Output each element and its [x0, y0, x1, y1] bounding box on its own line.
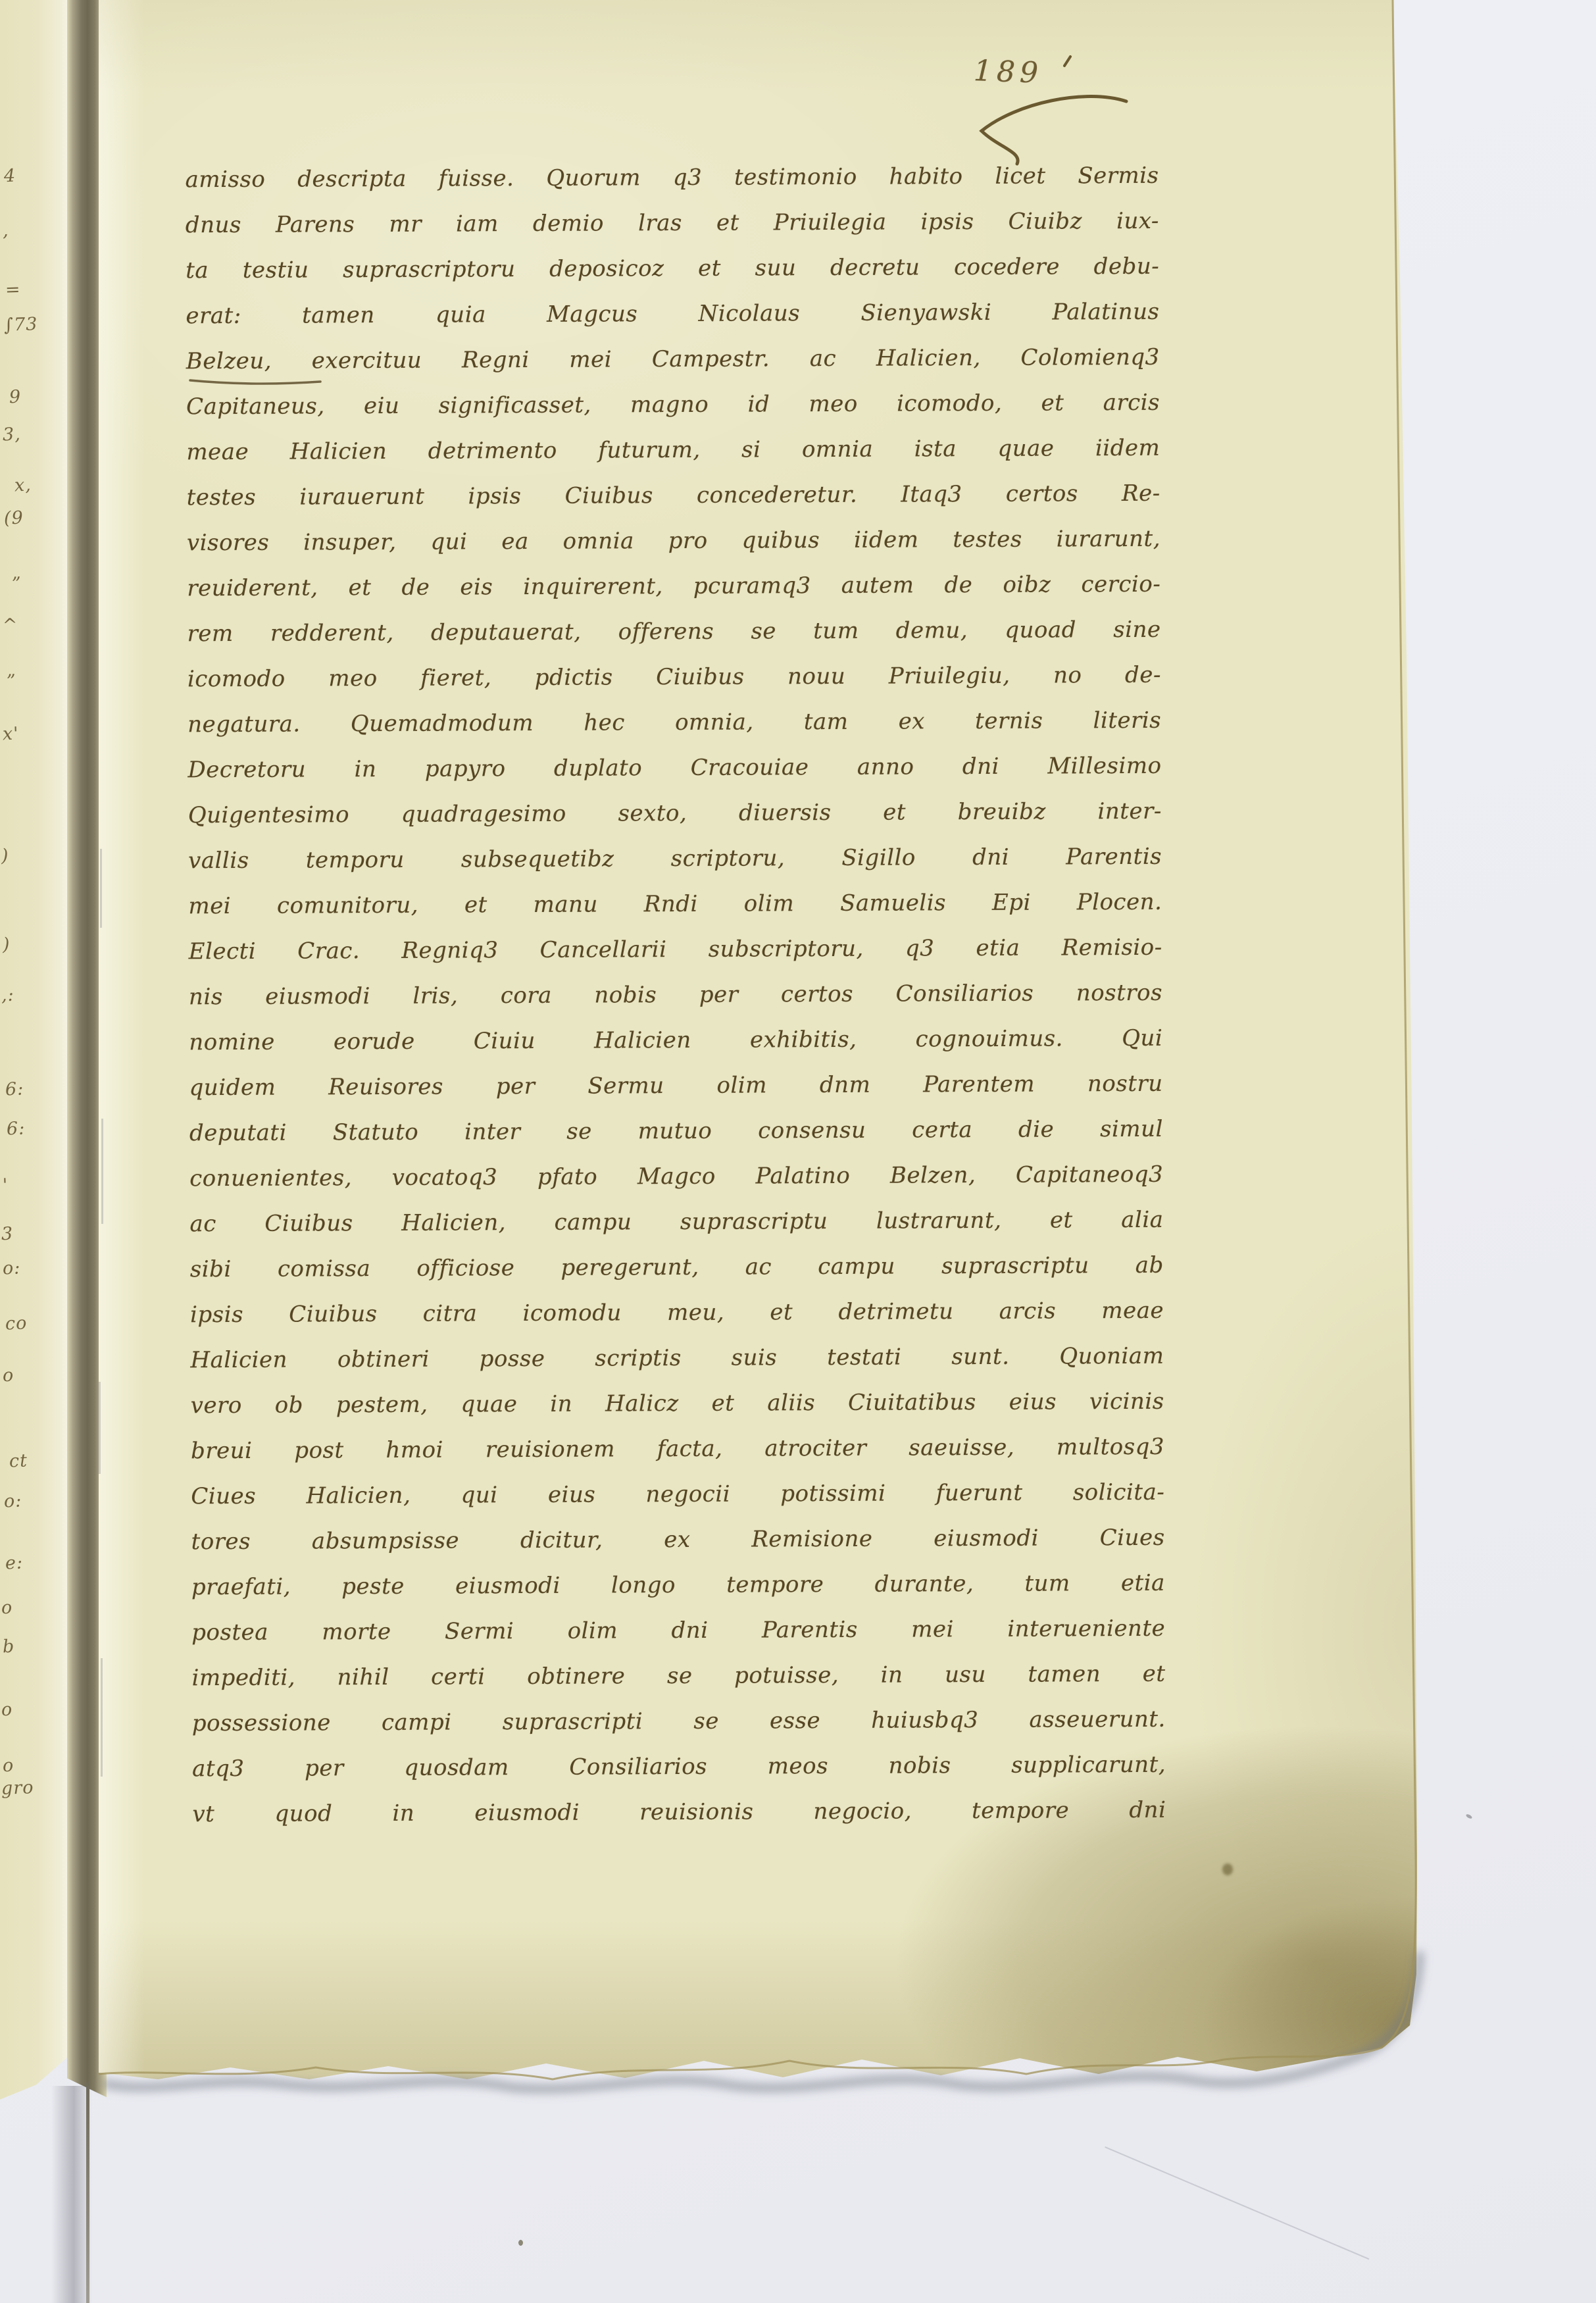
- margin-fragment: o: [2, 1365, 14, 1386]
- gutter-streak: [99, 1382, 101, 1474]
- manuscript-line: vt quod in eiusmodi reuisionis negocio, …: [192, 1788, 1166, 1837]
- page-number: 189: [973, 54, 1043, 90]
- manuscript-line: icomodo meo fieret, pdictis Ciuibus nouu…: [187, 653, 1161, 702]
- manuscript-line: ipsis Ciuibus citra icomodu meu, et detr…: [190, 1288, 1164, 1338]
- manuscript-line: ta testiu suprascriptoru deposicoz et su…: [186, 244, 1159, 293]
- margin-fragment: =: [5, 280, 21, 301]
- manuscript-line: erat: tamen quia Magcus Nicolaus Sienyaw…: [186, 290, 1159, 339]
- margin-fragment: o: [2, 1756, 14, 1777]
- manuscript-line: Ciues Halicien, qui eius negocii potissi…: [191, 1470, 1164, 1519]
- manuscript-line: tores absumpsisse dicitur, ex Remisione …: [191, 1515, 1164, 1565]
- margin-fragment: o:: [3, 1491, 22, 1512]
- manuscript-line: breui post hmoi reuisionem facta, atroci…: [191, 1425, 1164, 1474]
- manuscript-line: negatura. Quemadmodum hec omnia, tam ex …: [187, 698, 1161, 747]
- margin-fragment: 3: [1, 1224, 13, 1245]
- manuscript-line: praefati, peste eiusmodi longo tempore d…: [191, 1561, 1165, 1610]
- margin-fragment: co: [5, 1313, 27, 1334]
- margin-fragment: 3,: [2, 424, 21, 445]
- margin-fragment: ): [1, 846, 9, 866]
- margin-fragment: ”: [11, 574, 22, 594]
- backing-crease: [1105, 2146, 1369, 2260]
- manuscript-line: Belzeu, exercituu Regni mei Campestr. ac…: [186, 335, 1160, 384]
- margin-fragment: o: [1, 1598, 12, 1619]
- manuscript-line: Electi Crac. Regniq3 Cancellarii subscri…: [189, 925, 1162, 974]
- margin-fragment: e:: [5, 1553, 23, 1574]
- manuscript-line: testes iurauerunt ipsis Ciuibus conceder…: [187, 471, 1160, 520]
- margin-fragment: x': [2, 724, 19, 745]
- margin-fragment: ”: [6, 671, 16, 692]
- gutter-streak: [100, 849, 102, 928]
- manuscript-line: nomine eorude Ciuiu Halicien exhibitis, …: [189, 1016, 1162, 1065]
- margin-fragment: 6:: [6, 1119, 25, 1140]
- manuscript-line: nis eiusmodi lris, cora nobis per certos…: [189, 971, 1162, 1020]
- manuscript-line: meae Halicien detrimento futurum, si omn…: [186, 426, 1160, 475]
- manuscript-line: possessione campi suprascripti se esse h…: [192, 1697, 1166, 1746]
- manuscript-line: rem redderent, deputauerat, offerens se …: [187, 607, 1160, 657]
- gutter-streak: [101, 1658, 103, 1777]
- manuscript-line: impediti, nihil certi obtinere se potuis…: [191, 1652, 1165, 1701]
- manuscript-line: mei comunitoru, et manu Rndi olim Samuel…: [188, 880, 1162, 929]
- margin-fragment: ): [2, 934, 11, 955]
- manuscript-line: postea morte Sermi olim dni Parentis mei…: [191, 1606, 1165, 1656]
- margin-fragment: ^: [2, 615, 18, 636]
- manuscript-line: dnus Parens mr iam demio lras et Priuile…: [186, 199, 1159, 248]
- margin-fragment: 6:: [5, 1079, 24, 1100]
- manuscript-text: amisso descripta fuisse. Quorum q3 testi…: [185, 153, 1166, 1837]
- margin-fragment: 4: [3, 166, 16, 187]
- manuscript-line: vallis temporu subsequetibz scriptoru, S…: [188, 834, 1162, 884]
- dust-speck: [518, 2240, 523, 2246]
- manuscript-line: Decretoru in papyro duplato Cracouiae an…: [187, 744, 1161, 793]
- dust-speck: [1465, 1813, 1472, 1819]
- manuscript-line: vero ob pestem, quae in Halicz et aliis …: [191, 1379, 1164, 1429]
- manuscript-line: ac Ciuibus Halicien, campu suprascriptu …: [189, 1198, 1163, 1247]
- gutter-shadow: [51, 2086, 92, 2303]
- margin-fragments: 4,=∫7393,x,(9”^”x')),:6:6:'3o:coocto:e:o…: [0, 0, 66, 2106]
- manuscript-line: Halicien obtineri posse scriptis suis te…: [190, 1334, 1164, 1383]
- manuscript-line: atq3 per quosdam Consiliarios meos nobis…: [192, 1742, 1166, 1792]
- margin-fragment: ct: [9, 1451, 28, 1472]
- margin-fragment: (9: [3, 507, 24, 528]
- manuscript-line: visores insuper, qui ea omnia pro quibus…: [187, 517, 1160, 566]
- gutter-streak: [101, 1119, 103, 1224]
- margin-fragment: b: [2, 1636, 14, 1658]
- ink-stain-spot: [1222, 1863, 1233, 1875]
- margin-fragment: ∫73: [3, 314, 37, 336]
- manuscript-scan: 4,=∫7393,x,(9”^”x')),:6:6:'3o:coocto:e:o…: [0, 0, 1596, 2303]
- manuscript-line: reuiderent, et de eis inquirerent, pcura…: [187, 562, 1160, 611]
- manuscript-line: sibi comissa officiose peregerunt, ac ca…: [190, 1243, 1164, 1292]
- margin-fragment: ,:: [1, 985, 14, 1006]
- margin-fragment: x,: [14, 475, 32, 496]
- margin-fragment: gro: [1, 1777, 34, 1799]
- margin-fragment: 9: [9, 387, 21, 408]
- manuscript-line: deputati Statuto inter se mutuo consensu…: [189, 1107, 1163, 1156]
- manuscript-line: Quigentesimo quadragesimo sexto, diuersi…: [188, 789, 1162, 838]
- manuscript-line: quidem Reuisores per Sermu olim dnm Pare…: [189, 1061, 1162, 1111]
- margin-fragment: o: [1, 1700, 12, 1721]
- margin-fragment: o:: [2, 1258, 20, 1279]
- margin-fragment: ': [2, 1175, 9, 1196]
- margin-fragment: ,: [2, 220, 9, 241]
- manuscript-line: Capitaneus, eiu significasset, magno id …: [186, 380, 1160, 430]
- manuscript-line: conuenientes, vocatoq3 pfato Magco Palat…: [189, 1152, 1163, 1202]
- manuscript-line: amisso descripta fuisse. Quorum q3 testi…: [185, 153, 1159, 203]
